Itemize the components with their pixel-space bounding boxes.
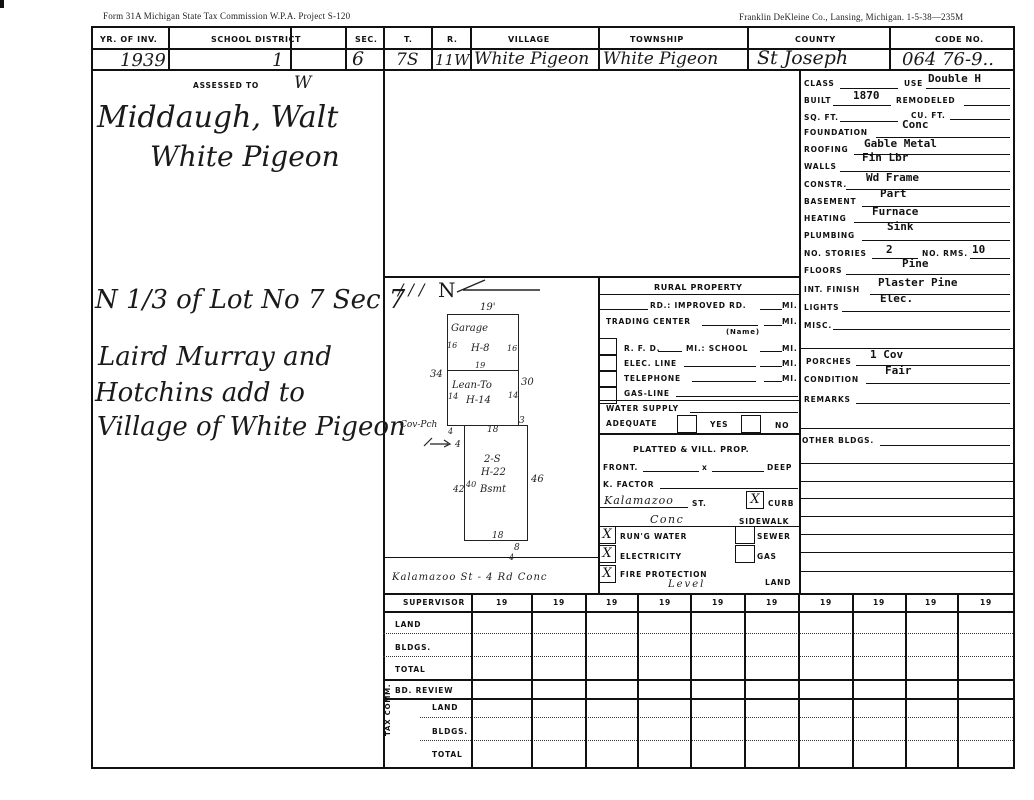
basement-label: BASEMENT: [804, 197, 856, 206]
telephone-label: TELEPHONE: [624, 374, 681, 383]
misc-bottom-line: [800, 348, 1013, 349]
house-left-outer-dim: 42: [453, 485, 464, 495]
legal-desc-line-2: Laird Murray and: [98, 342, 332, 372]
rd-label: RD.: IMPROVED RD.: [650, 301, 746, 310]
no-label: NO: [775, 421, 789, 430]
floors-label: FLOORS: [804, 266, 842, 275]
plumbing-line: [862, 240, 1010, 241]
stories-value: 2: [886, 243, 893, 256]
form-id: Form 31A Michigan State Tax Commission W…: [103, 11, 350, 21]
sidewalk-bottom-line: [598, 526, 800, 527]
adequate-yes-checkbox[interactable]: [677, 415, 697, 433]
trading-mi-line: [764, 325, 782, 326]
frame-left: [91, 26, 93, 768]
street-caption: Kalamazoo St - 4 Rd Conc: [392, 572, 548, 583]
supervisor-label: SUPERVISOR: [403, 598, 465, 607]
tax-bldgs-label: BLDGS.: [432, 727, 468, 736]
street-line: [600, 507, 688, 508]
name-hint: (Name): [726, 328, 760, 336]
north-arrow-label: N: [438, 278, 456, 302]
header-label-village: VILLAGE: [508, 35, 550, 44]
col-divider: [470, 26, 472, 70]
range-value: 11W: [435, 51, 470, 69]
garage-label: Garage: [451, 323, 488, 334]
dotted-tax-bldgs-line: [420, 740, 1013, 741]
front-line: [643, 471, 699, 472]
total-row-label: TOTAL: [395, 665, 426, 674]
legal-desc-line-4: Village of White Pigeon: [97, 412, 406, 442]
owner-location: White Pigeon: [150, 140, 340, 173]
plumbing-label: PLUMBING: [804, 231, 855, 240]
rooms-value: 10: [972, 243, 985, 256]
header-label-yr: YR. OF INV.: [100, 35, 157, 44]
gas-line-label: GAS-LINE: [624, 389, 670, 398]
remarks-line: [856, 403, 1010, 404]
header-label-sec: SEC.: [355, 35, 378, 44]
floors-line: [846, 274, 1010, 275]
table-supervisor-bottom: [383, 679, 1015, 681]
table-top: [383, 593, 1015, 595]
built-line: [833, 105, 891, 106]
roofing-label: ROOFING: [804, 145, 848, 154]
table-col: [637, 593, 639, 768]
garage-left-dim: 16: [447, 341, 457, 350]
fire-protection-checkbox[interactable]: X: [598, 565, 616, 583]
condition-value: Fair: [885, 364, 912, 377]
condition-line: [866, 383, 1010, 384]
house-right-dim: 46: [531, 474, 544, 485]
lean-to-left-dim: 14: [448, 392, 458, 401]
porches-line: [856, 365, 1010, 366]
school-district-value: 1: [272, 50, 283, 71]
sketch-street-line: [383, 557, 598, 558]
sidewalk-label: SIDEWALK: [739, 517, 789, 526]
mi-label-5: MI.: [782, 374, 798, 383]
owner-name: Middaugh, Walt: [97, 100, 338, 135]
scan-edge-mark: [0, 0, 4, 8]
mi-label-3: MI.: [782, 344, 798, 353]
other-bldgs-line: [880, 445, 1010, 446]
sewer-checkbox[interactable]: [735, 526, 755, 544]
rural-bottom-line: [598, 433, 800, 435]
printer-credit: Franklin DeKleine Co., Lansing, Michigan…: [739, 12, 963, 22]
bldgs-row-label: BLDGS.: [395, 643, 431, 652]
table-review-bottom: [383, 698, 1015, 700]
header-bottom: [91, 69, 1015, 71]
gas-line-checkbox[interactable]: [599, 386, 617, 404]
col-divider: [383, 26, 385, 70]
rural-title-line: [598, 294, 800, 295]
land-row-label: LAND: [395, 620, 421, 629]
constr-value: Wd Frame: [866, 171, 919, 184]
tax-total-label: TOTAL: [432, 750, 463, 759]
int-finish-value: Plaster Pine: [878, 276, 957, 289]
lights-value: Elec.: [880, 292, 913, 305]
platted-title: PLATTED & VILL. PROP.: [633, 445, 749, 454]
dotted-tax-land-line: [420, 717, 1013, 718]
house-left-dim: 40: [466, 480, 476, 489]
col-divider: [598, 26, 600, 70]
year-col-6: 19: [766, 598, 778, 607]
other-bldgs-line-4: [800, 498, 1013, 499]
telephone-line: [692, 381, 756, 382]
sidewalk-value: Conc: [650, 513, 684, 526]
porches-value: 1 Cov: [870, 348, 903, 361]
water-supply-line: [690, 412, 798, 413]
stories-label: NO. STORIES: [804, 249, 867, 258]
header-label-school-district: SCHOOL DISTRICT: [211, 35, 301, 44]
table-col: [471, 593, 473, 768]
gas-checkbox[interactable]: [735, 545, 755, 563]
table-col: [585, 593, 587, 768]
house-stories: 2-S: [484, 454, 501, 465]
house-basement: Bsmt: [480, 484, 506, 495]
sketch-north-marks: / / /: [398, 280, 424, 299]
gas-line-line: [676, 396, 798, 397]
x-label: x: [702, 463, 708, 472]
rd-line: [600, 309, 648, 310]
foundation-value: Conc: [902, 118, 929, 131]
lean-to-right-dim: 14: [508, 391, 518, 400]
other-bldgs-line-8: [800, 571, 1013, 572]
assessed-to-label: ASSESSED TO: [193, 81, 259, 90]
built-label: BUILT: [804, 96, 831, 105]
year-col-9: 19: [925, 598, 937, 607]
use-value: Double H: [928, 72, 981, 85]
table-col: [690, 593, 692, 768]
heating-value: Furnace: [872, 205, 918, 218]
house-top-dim: 18: [487, 425, 498, 435]
header-label-county: COUNTY: [795, 35, 836, 44]
sq-ft-line: [840, 121, 898, 122]
table-col: [957, 593, 959, 768]
house-bottom-dim: 18: [492, 531, 503, 541]
mi-label-1: MI.: [782, 301, 798, 310]
year-col-7: 19: [820, 598, 832, 607]
constr-line: [846, 189, 1010, 190]
gas-bottom-line: [598, 400, 800, 401]
curb-checkbox[interactable]: X: [746, 491, 764, 509]
tax-comm-label: TAX COMM.: [384, 696, 392, 736]
garage-height: H-8: [471, 343, 489, 354]
year-col-5: 19: [712, 598, 724, 607]
header-label-code-no: CODE NO.: [935, 35, 984, 44]
trading-center-label: TRADING CENTER: [606, 317, 691, 326]
school-label: MI.: SCHOOL: [686, 344, 748, 353]
other-bldgs-label: OTHER BLDGS.: [802, 436, 874, 445]
porch-arrow-icon: [420, 428, 460, 452]
improved-rd-line: [760, 309, 782, 310]
house-height: H-22: [481, 467, 506, 478]
use-line: [926, 88, 1010, 89]
township-num-value: 7S: [396, 50, 418, 70]
garage-right-dim: 16: [507, 344, 517, 353]
rfd-line: [658, 351, 682, 352]
elec-line-line: [684, 366, 756, 367]
constr-label: CONSTR.: [804, 180, 847, 189]
col-divider: [290, 26, 292, 70]
cu-ft-line: [950, 119, 1010, 120]
mi-label-2: MI.: [782, 317, 798, 326]
remodeled-line: [964, 105, 1010, 106]
sq-ft-label: SQ. FT.: [804, 113, 839, 122]
land-label: LAND: [765, 578, 791, 587]
porch-dim-b: 4: [455, 440, 461, 450]
st-label: ST.: [692, 499, 707, 508]
elec-mi-line: [760, 366, 782, 367]
lean-to-label: Lean-To: [452, 380, 492, 391]
garage-top-dim: 19': [480, 302, 495, 313]
school-line: [760, 351, 782, 352]
col-divider: [431, 26, 433, 70]
misc-label: MISC.: [804, 321, 832, 330]
fire-protection-label: FIRE PROTECTION: [620, 570, 707, 579]
other-bldgs-line-3: [800, 481, 1013, 482]
north-arrow-icon: [455, 278, 545, 298]
year-col-1: 19: [496, 598, 508, 607]
header-label-t: T.: [404, 35, 412, 44]
remodeled-label: REMODELED: [896, 96, 955, 105]
village-value: White Pigeon: [474, 49, 589, 69]
frame-top: [91, 26, 1015, 28]
code-no-value: 064 76-9..: [902, 49, 994, 70]
remarks-label: REMARKS: [804, 395, 851, 404]
table-col: [905, 593, 907, 768]
roofing-value: Gable Metal: [864, 137, 937, 150]
yes-label: YES: [710, 420, 728, 429]
land-value: Level: [668, 579, 705, 590]
legal-desc-line-3: Hotchins add to: [95, 378, 305, 408]
heating-label: HEATING: [804, 214, 847, 223]
lean-to-right-outer-dim: 30: [521, 377, 534, 388]
other-bldgs-line-7: [800, 552, 1013, 553]
bd-review-label: BD. REVIEW: [395, 686, 453, 695]
col-divider: [889, 26, 891, 70]
frame-right: [1013, 26, 1015, 768]
built-value: 1870: [853, 89, 880, 102]
year-col-4: 19: [659, 598, 671, 607]
other-bldgs-line-5: [800, 516, 1013, 517]
lights-label: LIGHTS: [804, 303, 839, 312]
table-col: [798, 593, 800, 768]
adequate-no-checkbox[interactable]: [741, 415, 761, 433]
table-header-bottom: [383, 611, 1015, 613]
table-col: [744, 593, 746, 768]
table-col: [531, 593, 533, 768]
rfd-label: R. F. D.: [624, 344, 660, 353]
year-col-3: 19: [606, 598, 618, 607]
condition-label: CONDITION: [804, 375, 859, 384]
header-label-township: TOWNSHIP: [630, 35, 684, 44]
water-supply-label: WATER SUPPLY: [606, 404, 679, 413]
deep-line: [712, 471, 764, 472]
front-label: FRONT.: [603, 463, 638, 472]
curb-label: CURB: [768, 499, 794, 508]
use-label: USE: [904, 79, 923, 88]
sewer-label: SEWER: [757, 532, 791, 541]
step-dim-8: 8: [514, 543, 520, 553]
telephone-mi-line: [764, 381, 782, 382]
rung-water-checkbox[interactable]: X: [598, 526, 616, 544]
trading-center-line: [702, 325, 758, 326]
lean-to-height: H-14: [466, 395, 491, 406]
photo-area: [385, 72, 797, 274]
lights-line: [842, 311, 1010, 312]
misc-line: [833, 329, 1010, 330]
year-col-10: 19: [980, 598, 992, 607]
class-label: CLASS: [804, 79, 835, 88]
year-value: 1939: [120, 50, 166, 71]
lean-to-top-dim: 19: [475, 361, 485, 370]
k-factor-label: K. FACTOR: [603, 480, 654, 489]
porch-dim-a: 4: [448, 427, 453, 436]
col-divider: [747, 26, 749, 70]
adequate-label: ADEQUATE: [606, 419, 657, 428]
col-divider: [345, 26, 347, 70]
street-value: Kalamazoo: [604, 494, 674, 507]
legal-desc-line-1: N 1/3 of Lot No 7 Sec 7: [95, 285, 405, 315]
township-value: White Pigeon: [603, 49, 718, 69]
floors-value: Pine: [902, 257, 929, 270]
other-bldgs-line-6: [800, 534, 1013, 535]
electricity-label: ELECTRICITY: [620, 552, 682, 561]
remarks-bottom-line: [800, 428, 1013, 429]
deep-label: DEEP: [767, 463, 792, 472]
year-col-8: 19: [873, 598, 885, 607]
table-col: [852, 593, 854, 768]
mi-label-4: MI.: [782, 359, 798, 368]
electricity-checkbox[interactable]: X: [598, 545, 616, 563]
int-finish-label: INT. FINISH: [804, 285, 860, 294]
walls-label: WALLS: [804, 162, 837, 171]
other-bldgs-line-2: [800, 463, 1013, 464]
sec-value: 6: [352, 48, 364, 70]
col-divider: [168, 26, 170, 70]
heating-line: [854, 222, 1010, 223]
year-col-2: 19: [553, 598, 565, 607]
tax-land-label: LAND: [432, 703, 458, 712]
frame-bottom: [91, 767, 1015, 769]
gas-label: GAS: [757, 552, 777, 561]
elec-line-label: ELEC. LINE: [624, 359, 677, 368]
dotted-land-line: [383, 633, 1013, 634]
foundation-label: FOUNDATION: [804, 128, 868, 137]
rung-water-label: RUN'G WATER: [620, 532, 687, 541]
porches-label: PORCHES: [806, 357, 852, 366]
plumbing-value: Sink: [887, 220, 914, 233]
k-factor-line: [660, 488, 798, 489]
county-value: St Joseph: [757, 47, 848, 69]
lean-to-outer-dim: 34: [430, 369, 443, 380]
rural-title: RURAL PROPERTY: [654, 283, 743, 292]
walls-value: Fin Lbr: [862, 151, 908, 164]
basement-value: Part: [880, 187, 907, 200]
assessed-mark: W: [294, 73, 311, 93]
rooms-line: [970, 258, 1010, 259]
header-label-r: R.: [447, 35, 458, 44]
dotted-bldgs-line: [383, 656, 1013, 657]
